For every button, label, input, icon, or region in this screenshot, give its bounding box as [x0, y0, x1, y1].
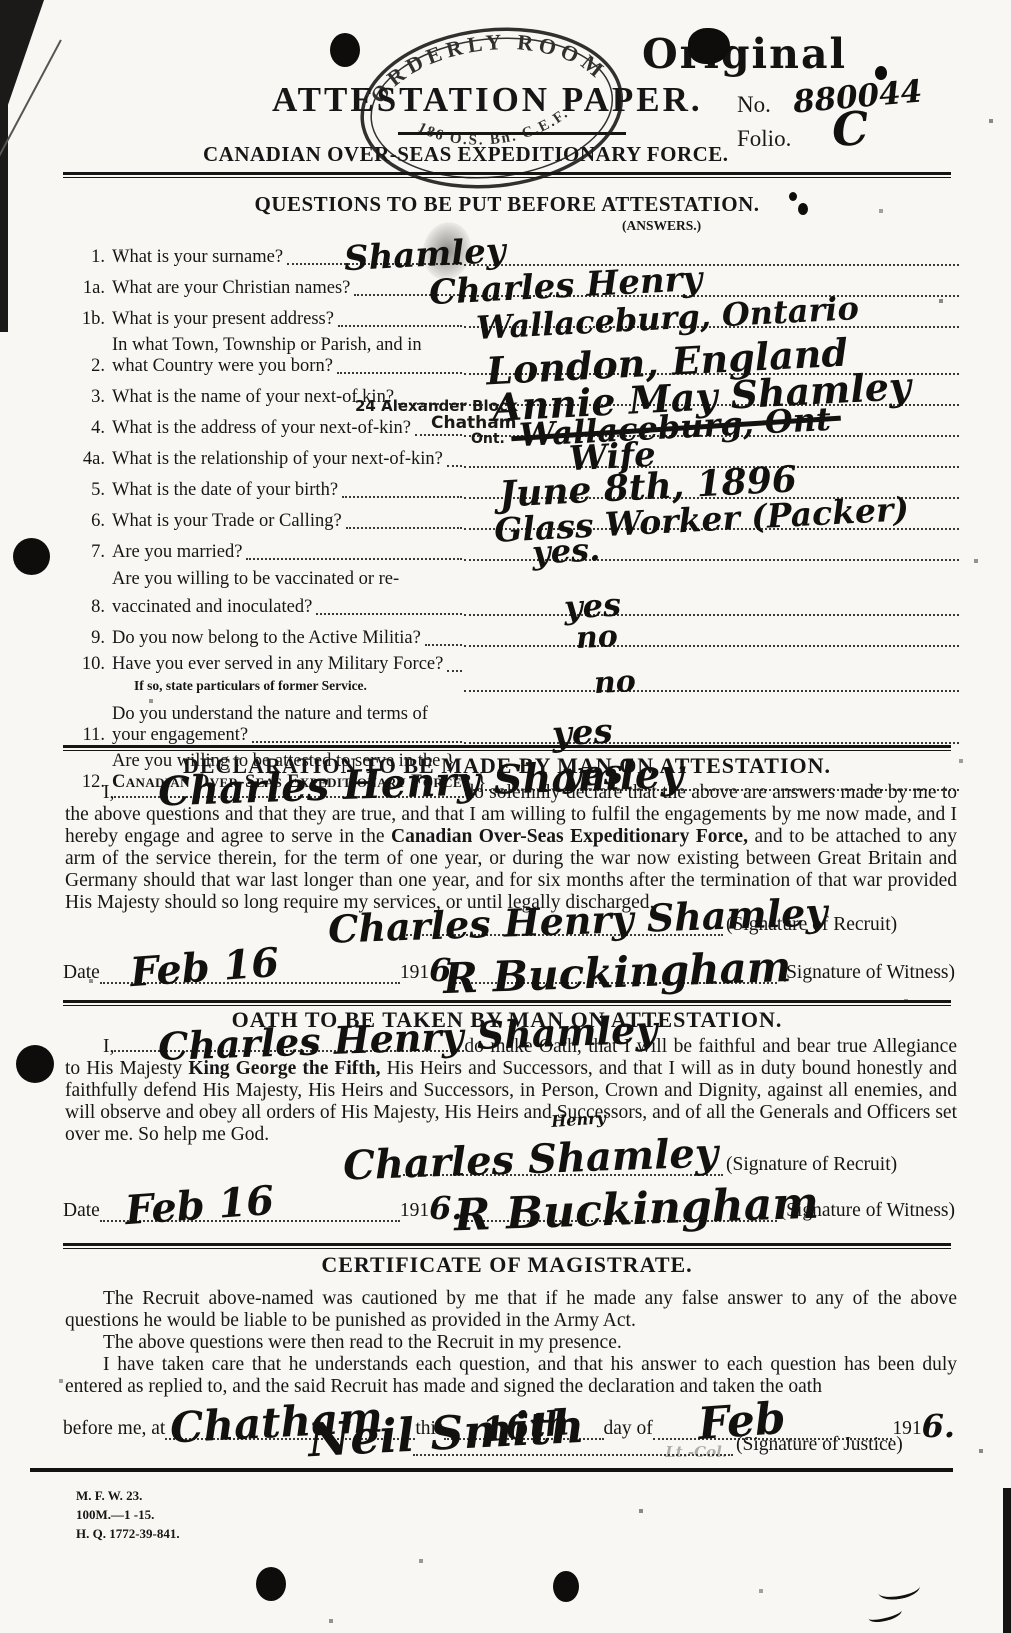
section-divider — [63, 745, 951, 751]
month-value: Feb — [696, 1397, 786, 1447]
question-number: 4a. — [63, 449, 112, 470]
punch-hole — [13, 538, 50, 575]
dotted-leader — [337, 356, 462, 374]
punch-hole — [16, 1045, 54, 1083]
question-text: What is your Trade or Calling? — [112, 511, 464, 532]
question-text: What is the address of your next-of-kin? — [112, 418, 464, 439]
handwritten-answer: yes. — [531, 533, 601, 569]
answer-line: yes — [464, 592, 959, 616]
question-row: 1b. What is your present address? Wallac… — [63, 304, 959, 330]
witness-signature: R Buckingham — [443, 946, 793, 1000]
question-text: What is the relationship of your next-of… — [112, 449, 464, 470]
question-number: 3. — [63, 387, 112, 408]
year-printed: 191 — [400, 962, 429, 984]
question-number: 2. — [63, 356, 112, 377]
signature-label: (Signature of Witness) — [777, 962, 955, 984]
question-row: 10. Have you ever served in any Military… — [63, 654, 959, 696]
original-stamp: Original — [642, 30, 847, 78]
question-number: 11. — [63, 725, 112, 746]
dotted-leader — [425, 628, 462, 646]
dotted-leader — [342, 480, 462, 498]
orderly-room-stamp: ORDERLY ROOM 186 O.S. Bn. C.E.F. — [348, 10, 637, 210]
answer-line: no — [464, 623, 959, 647]
question-number: 1a. — [63, 278, 112, 299]
paper-speckles — [0, 0, 2, 2]
witness-signature: R Buckingham — [454, 1182, 820, 1239]
ink-blot — [789, 192, 797, 201]
declaration-date-row: Date Feb 16 191 6 R Buckingham (Signatur… — [63, 952, 955, 984]
answer-line: no — [464, 668, 959, 692]
question-text: What are your Christian names? — [112, 278, 464, 299]
date-line: Feb 16 — [100, 960, 400, 984]
date-value: Feb 16 — [129, 943, 281, 993]
date-label: Date — [63, 962, 100, 984]
attestation-paper-scan: Original ATTESTATION PAPER. No. 880044 F… — [0, 0, 1011, 1633]
witness-line: R Buckingham — [462, 1198, 776, 1222]
answer-line: Shamley — [464, 242, 959, 266]
question-row: 4a. What is the relationship of your nex… — [63, 444, 959, 470]
section-divider — [63, 172, 951, 178]
answers-label: (ANSWERS.) — [622, 218, 701, 234]
answer-line: Annie May Shamley — [464, 382, 959, 406]
bottom-rule — [30, 1468, 953, 1472]
pen-squiggle — [877, 1576, 922, 1602]
original-stamp-text: Original — [642, 30, 847, 78]
answer-line: Wallaceburg, Ontario — [464, 304, 959, 328]
question-number: 5. — [63, 480, 112, 501]
question-number: 9. — [63, 628, 112, 649]
date-line: Feb 16 — [100, 1198, 400, 1222]
form-code: H. Q. 1772-39-841. — [76, 1524, 180, 1543]
signature-line: Charles Shamley Henry — [403, 1152, 723, 1176]
question-number: 7. — [63, 542, 112, 563]
certificate-paragraph: I have taken care that he understands ea… — [65, 1354, 957, 1398]
answer-line: Wallaceburg, Ont — [464, 413, 959, 437]
question-row: 1. What is your surname? Shamley — [63, 242, 959, 268]
dotted-leader — [447, 654, 462, 672]
serial-no-label: No. — [737, 92, 771, 118]
dotted-leader — [316, 597, 462, 615]
certificate-heading: CERTIFICATE OF MAGISTRATE. — [63, 1252, 951, 1278]
name-blank: Charles Henry Shamley — [114, 1042, 464, 1052]
question-text: What is your present address? — [112, 309, 464, 330]
signature-label: (Signature of Recruit) — [723, 1154, 897, 1176]
question-text: Are you willing to be vaccinated or re- … — [112, 569, 464, 618]
questions-list: 1. What is your surname? Shamley 1a. Wha… — [63, 242, 959, 798]
oath-paragraph: I,Charles Henry Shamleydo make Oath, tha… — [65, 1036, 957, 1146]
annotation-province: Ont. — [471, 432, 505, 446]
form-code: M. F. W. 23. — [76, 1486, 180, 1505]
scan-edge-artifact — [1003, 1488, 1011, 1633]
svg-text:186 O.S. Bn. C.E.F.: 186 O.S. Bn. C.E.F. — [414, 104, 575, 156]
handwritten-answer: no — [593, 667, 636, 699]
question-text: Do you now belong to the Active Militia? — [112, 628, 464, 649]
svg-text:ORDERLY ROOM: ORDERLY ROOM — [360, 17, 614, 109]
question-number: 6. — [63, 511, 112, 532]
question-subtext: If so, state particulars of former Servi… — [134, 678, 367, 693]
date-label: Date — [63, 1200, 100, 1222]
certificate-paragraphs: The Recruit above-named was cautioned by… — [65, 1288, 957, 1398]
question-number: 1b. — [63, 309, 112, 330]
section-divider — [63, 1000, 951, 1006]
year-printed: 191 — [400, 1200, 429, 1222]
oath-date-row: Date Feb 16 191 6. R Buckingham (Signatu… — [63, 1190, 955, 1222]
answer-line: yes — [464, 720, 959, 744]
form-codes: M. F. W. 23. 100M.—1 -15. H. Q. 1772-39-… — [76, 1486, 180, 1543]
form-code: 100M.—1 -15. — [76, 1505, 180, 1524]
question-text: Have you ever served in any Military For… — [112, 654, 464, 696]
oath-recruit-signature-row: Charles Shamley Henry (Signature of Recr… — [63, 1152, 955, 1176]
folio-label: Folio. — [737, 126, 791, 152]
certificate-paragraph: The above questions were then read to th… — [65, 1332, 957, 1354]
question-text: Do you understand the nature and terms o… — [112, 704, 464, 746]
answer-line: Glass Worker (Packer) — [464, 506, 959, 530]
question-row: 8. Are you willing to be vaccinated or r… — [63, 569, 959, 618]
witness-line: R Buckingham — [451, 960, 776, 984]
ink-blot — [256, 1567, 286, 1601]
ink-blot — [798, 203, 808, 215]
signature-line: Neil Smith Lt.-Col. — [413, 1432, 733, 1456]
question-row: 6. What is your Trade or Calling? Glass … — [63, 506, 959, 532]
answer-line: yes. — [464, 537, 959, 561]
inserted-name: Henry — [551, 1110, 610, 1182]
question-row: 9. Do you now belong to the Active Milit… — [63, 623, 959, 649]
pen-squiggle — [867, 1604, 903, 1625]
certificate-paragraph: The Recruit above-named was cautioned by… — [65, 1288, 957, 1332]
scan-edge-artifact — [0, 0, 8, 332]
question-text: In what Town, Township or Parish, and in… — [112, 335, 464, 377]
question-number: 8. — [63, 597, 112, 618]
stamp-top-text: ORDERLY ROOM — [360, 17, 614, 109]
dotted-leader — [346, 511, 462, 529]
folio-value: C — [830, 105, 870, 153]
question-number: 4. — [63, 418, 112, 439]
date-value: Feb 16 — [124, 1181, 276, 1231]
stamp-bottom-text: 186 O.S. Bn. C.E.F. — [414, 104, 575, 156]
justice-rank: Lt.-Col. — [665, 1445, 727, 1460]
dotted-leader — [246, 542, 462, 560]
answer-line: Charles Henry — [464, 273, 959, 297]
justice-signature: Neil Smith — [307, 1403, 585, 1463]
questions-heading: QUESTIONS TO BE PUT BEFORE ATTESTATION. — [63, 192, 951, 217]
declaration-recruit-signature-row: Charles Henry Shamley (Signature of Recr… — [63, 912, 955, 936]
ink-blot — [330, 33, 360, 67]
question-number: 10. — [63, 654, 112, 675]
recruit-signature: Charles Shamley — [342, 1133, 718, 1186]
question-text: Are you married? — [112, 542, 464, 563]
handwritten-answer: yes — [551, 714, 613, 751]
dotted-leader — [447, 449, 462, 467]
name-blank: Charles Henry Shamley — [114, 788, 464, 798]
question-number: 1. — [63, 247, 112, 268]
section-divider — [63, 1243, 951, 1249]
dotted-leader — [252, 725, 462, 743]
handwritten-answer: no — [575, 622, 618, 654]
question-row: 11. Do you understand the nature and ter… — [63, 704, 959, 746]
ink-blot — [553, 1571, 579, 1602]
ink-blot — [875, 66, 887, 80]
signature-line: Charles Henry Shamley — [403, 912, 723, 936]
question-text: What is the date of your birth? — [112, 480, 464, 501]
